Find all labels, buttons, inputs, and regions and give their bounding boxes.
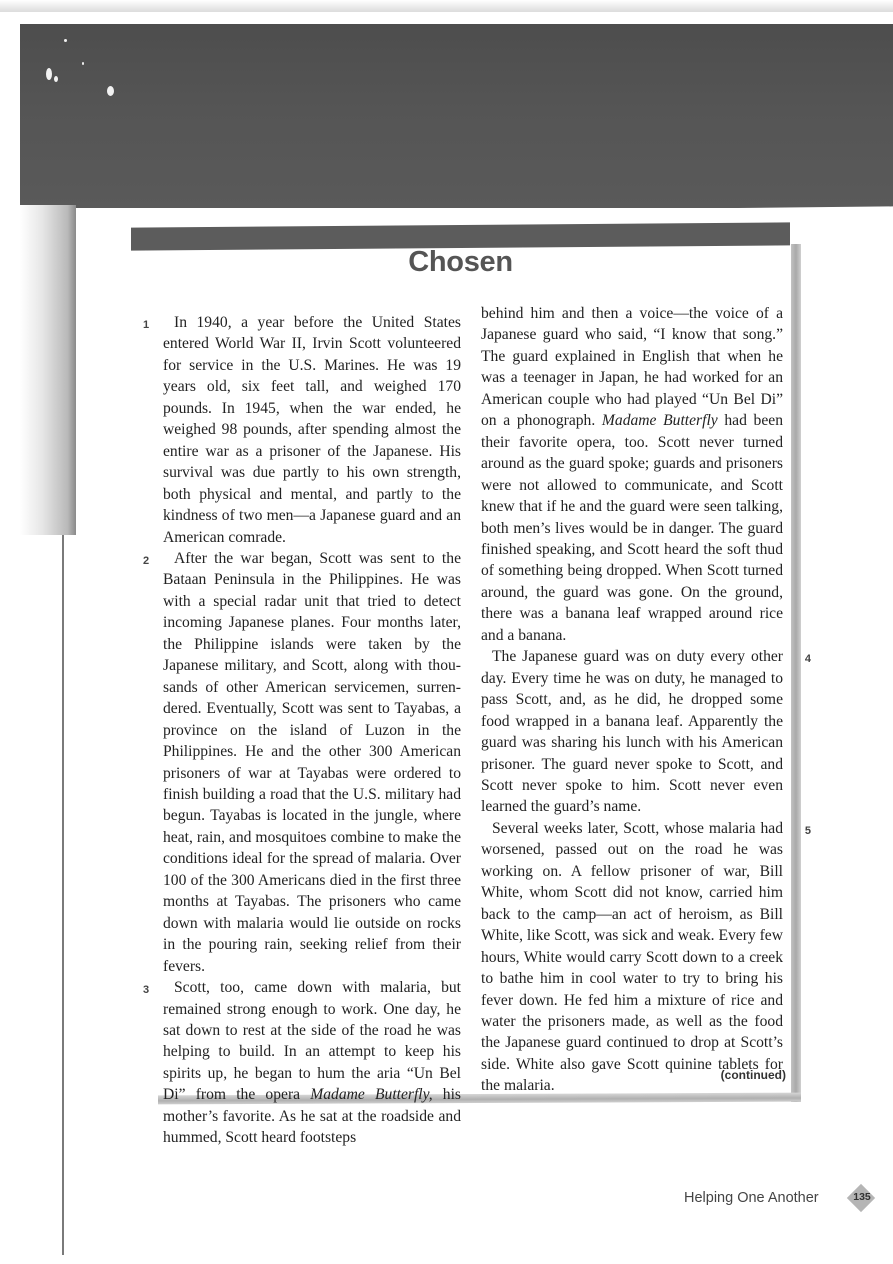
text-column-right: behind him and then a voice—the voice of… (481, 303, 783, 1097)
paragraph-number: 2 (143, 551, 149, 572)
paragraph-text: After the war began, Scott was sent to t… (163, 550, 461, 975)
paragraph-text: Several weeks later, Scott, whose malari… (481, 820, 783, 1094)
article-title: Chosen (131, 246, 790, 279)
paragraph-number: 3 (143, 980, 149, 1001)
binding-gutter-line (62, 535, 64, 1255)
paragraph-2: 2After the war began, Scott was sent to … (163, 548, 461, 977)
paragraph-3: 3Scott, too, came down with malaria, but… (163, 977, 461, 1149)
paragraph-text: The Japanese guard was on duty every oth… (481, 648, 783, 815)
scan-dust-specks (20, 24, 220, 124)
text-column-left: 1In 1940, a year before the United State… (163, 312, 461, 1149)
page-number: 135 (849, 1191, 875, 1203)
page-number-badge: 135 (849, 1186, 875, 1212)
scan-top-edge (0, 0, 893, 12)
paragraph-3-continuation: behind him and then a voice—the voice of… (481, 303, 783, 646)
reading-box-right-shadow (791, 244, 801, 1102)
paragraph-number: 4 (805, 649, 811, 670)
continued-label: (continued) (690, 1068, 786, 1082)
paragraph-4: 4The Japanese guard was on duty every ot… (481, 646, 783, 818)
page-fold-shadow (20, 205, 76, 535)
paragraph-1: 1In 1940, a year before the United State… (163, 312, 461, 548)
opera-title: Madame Butterfly (602, 412, 718, 429)
opera-title: Madame Butterfly, (310, 1086, 432, 1103)
paragraph-number: 5 (805, 821, 811, 842)
section-title: Helping One Another (684, 1190, 819, 1206)
paragraph-text: had been their favorite opera, too. Scot… (481, 412, 783, 644)
paragraph-number: 1 (143, 315, 149, 336)
paragraph-5: 5Several weeks later, Scott, whose malar… (481, 818, 783, 1097)
paragraph-text: In 1940, a year before the United States… (163, 314, 461, 546)
paragraph-text: behind him and then a voice—the voice of… (481, 305, 783, 429)
paragraph-text: Scott, too, came down with malaria, but … (163, 979, 461, 1103)
